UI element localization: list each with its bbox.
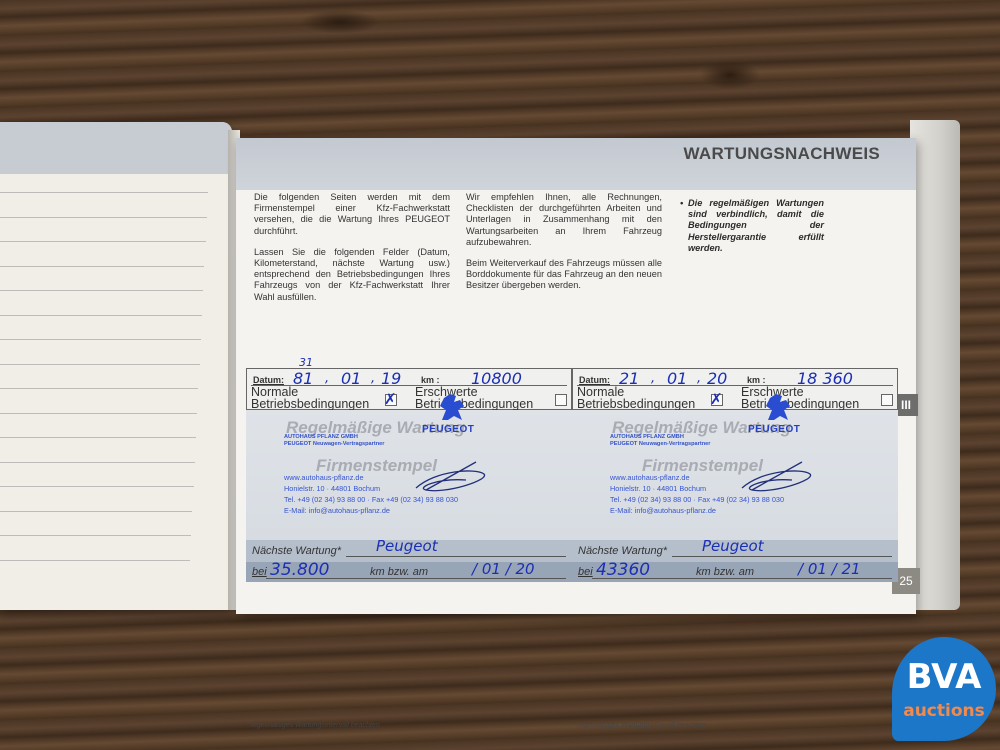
stamp-brand: PEUGEOT (422, 424, 474, 435)
date-label: Datum: (579, 375, 610, 385)
footnote: * regelmäßiges Wartungsintervall beachte… (246, 722, 380, 729)
km-label: km : (421, 375, 440, 385)
entry-header: Datum: 21 , 01 , 20 km : 18 360 NormaleB… (572, 368, 898, 410)
ruled-line (0, 315, 202, 316)
at-label: bei (578, 566, 593, 578)
next-km-date-row: bei 35.800 km bzw. am / 01 / 20 (246, 562, 572, 582)
date-label: Datum: (253, 375, 284, 385)
next-date-value[interactable]: / 01 / 20 (472, 560, 535, 578)
km-label: km : (747, 375, 766, 385)
ruled-line (0, 486, 194, 487)
intro-paragraph: Die folgenden Seiten werden mit dem Firm… (254, 192, 450, 237)
normal-conditions-label: NormaleBetriebsbedingungen (251, 386, 369, 410)
ruled-line (0, 192, 208, 193)
peugeot-lion-icon (760, 392, 794, 422)
next-km-value[interactable]: 43360 (596, 560, 650, 580)
next-service-line (346, 556, 566, 557)
hard-conditions-checkbox[interactable] (555, 394, 567, 406)
km-or-date-label: km bzw. am (370, 566, 428, 578)
date-km-line: Datum: 31 81 , 01 , 19 km : 10800 (251, 372, 567, 386)
date-separator: , (371, 371, 375, 386)
ruled-line (0, 388, 198, 389)
date-separator: , (325, 371, 329, 386)
ruled-line (0, 266, 204, 267)
intro-paragraph: Lassen Sie die folgenden Felder (Datum, … (254, 247, 450, 303)
date-year[interactable]: 20 (707, 369, 727, 388)
at-label: bei (252, 566, 267, 578)
peugeot-lion-icon (434, 392, 468, 422)
signature-icon (406, 460, 496, 496)
next-service-row: Nächste Wartung* Peugeot (572, 540, 898, 562)
page-stack-edge (910, 120, 960, 610)
date-year[interactable]: 19 (381, 369, 401, 388)
ruled-line (0, 560, 190, 561)
date-correction: 31 (299, 356, 313, 369)
warranty-note-text: Die regelmäßigen Wartungen sind verbindl… (688, 198, 824, 253)
right-page: WARTUNGSNACHWEIS Die folgenden Seiten we… (236, 138, 916, 614)
left-header-band (0, 122, 232, 174)
hard-conditions-label: ErschwerteBetriebsbedingungen (415, 386, 533, 410)
service-entry: Datum: 21 , 01 , 20 km : 18 360 NormaleB… (572, 368, 898, 582)
ruled-line (0, 413, 197, 414)
normal-conditions-label: NormaleBetriebsbedingungen (577, 386, 695, 410)
km-or-date-label: km bzw. am (696, 566, 754, 578)
intro-column-1: Die folgenden Seiten werden mit dem Firm… (254, 192, 450, 313)
next-km-date-row: bei 43360 km bzw. am / 01 / 21 (572, 562, 898, 582)
ruled-line (0, 511, 192, 512)
next-service-line (672, 556, 892, 557)
dealer-stamp-area: Regelmäßige Wartung Firmenstempel PEUGEO… (246, 410, 572, 540)
normal-conditions-checkbox[interactable] (711, 394, 723, 406)
ruled-line (0, 535, 191, 536)
ruled-line (0, 339, 201, 340)
ruled-line (0, 462, 195, 463)
ruled-line (0, 364, 200, 365)
bva-auctions-logo: BVA auctions (892, 637, 996, 741)
right-header-band: WARTUNGSNACHWEIS (236, 138, 916, 190)
stamp-dealer: AUTOHAUS PFLANZ GMBHPEUGEOT Neuwagen-Ver… (284, 434, 384, 448)
wood-knot (700, 60, 760, 90)
intro-column-2: Wir empfehlen Ihnen, alle Rechnungen, Ch… (466, 192, 662, 302)
hard-conditions-checkbox[interactable] (881, 394, 893, 406)
date-separator: , (651, 371, 655, 386)
ruled-line (0, 290, 203, 291)
entry-header: Datum: 31 81 , 01 , 19 km : 10800 Normal… (246, 368, 572, 410)
next-service-label: Nächste Wartung* (252, 545, 341, 557)
ruled-line (0, 241, 206, 242)
next-date-value[interactable]: / 01 / 21 (798, 560, 861, 578)
next-service-row: Nächste Wartung* Peugeot (246, 540, 572, 562)
stamp-dealer: AUTOHAUS PFLANZ GMBHPEUGEOT Neuwagen-Ver… (610, 434, 710, 448)
normal-conditions-checkbox[interactable] (385, 394, 397, 406)
left-page (0, 122, 232, 610)
next-service-label: Nächste Wartung* (578, 545, 667, 557)
next-service-by[interactable]: Peugeot (702, 537, 764, 555)
warranty-note: • Die regelmäßigen Wartungen sind verbin… (688, 198, 824, 254)
date-km-line: Datum: 21 , 01 , 20 km : 18 360 (577, 372, 893, 386)
intro-paragraph: Wir empfehlen Ihnen, alle Rechnungen, Ch… (466, 192, 662, 248)
intro-paragraph: Beim Weiterverkauf des Fahrzeugs müssen … (466, 258, 662, 292)
booklet-photo: WARTUNGSNACHWEIS Die folgenden Seiten we… (0, 0, 1000, 750)
stamp-brand: PEUGEOT (748, 424, 800, 435)
dealer-stamp-area: Regelmäßige Wartung Firmenstempel PEUGEO… (572, 410, 898, 540)
service-entry: Datum: 31 81 , 01 , 19 km : 10800 Normal… (246, 368, 572, 582)
ruled-line (0, 437, 196, 438)
logo-subtext: auctions (892, 701, 996, 721)
signature-icon (732, 460, 822, 496)
next-km-value[interactable]: 35.800 (270, 560, 329, 580)
wood-knot (300, 10, 380, 34)
ruled-line (0, 217, 207, 218)
page-title: WARTUNGSNACHWEIS (683, 144, 880, 164)
next-service-by[interactable]: Peugeot (376, 537, 438, 555)
footnote: * regelmäßiges Wartungsintervall beachte… (572, 722, 706, 729)
hard-conditions-label: ErschwerteBetriebsbedingungen (741, 386, 859, 410)
logo-text: BVA (892, 657, 996, 697)
bullet: • (680, 198, 683, 209)
date-separator: , (697, 371, 701, 386)
